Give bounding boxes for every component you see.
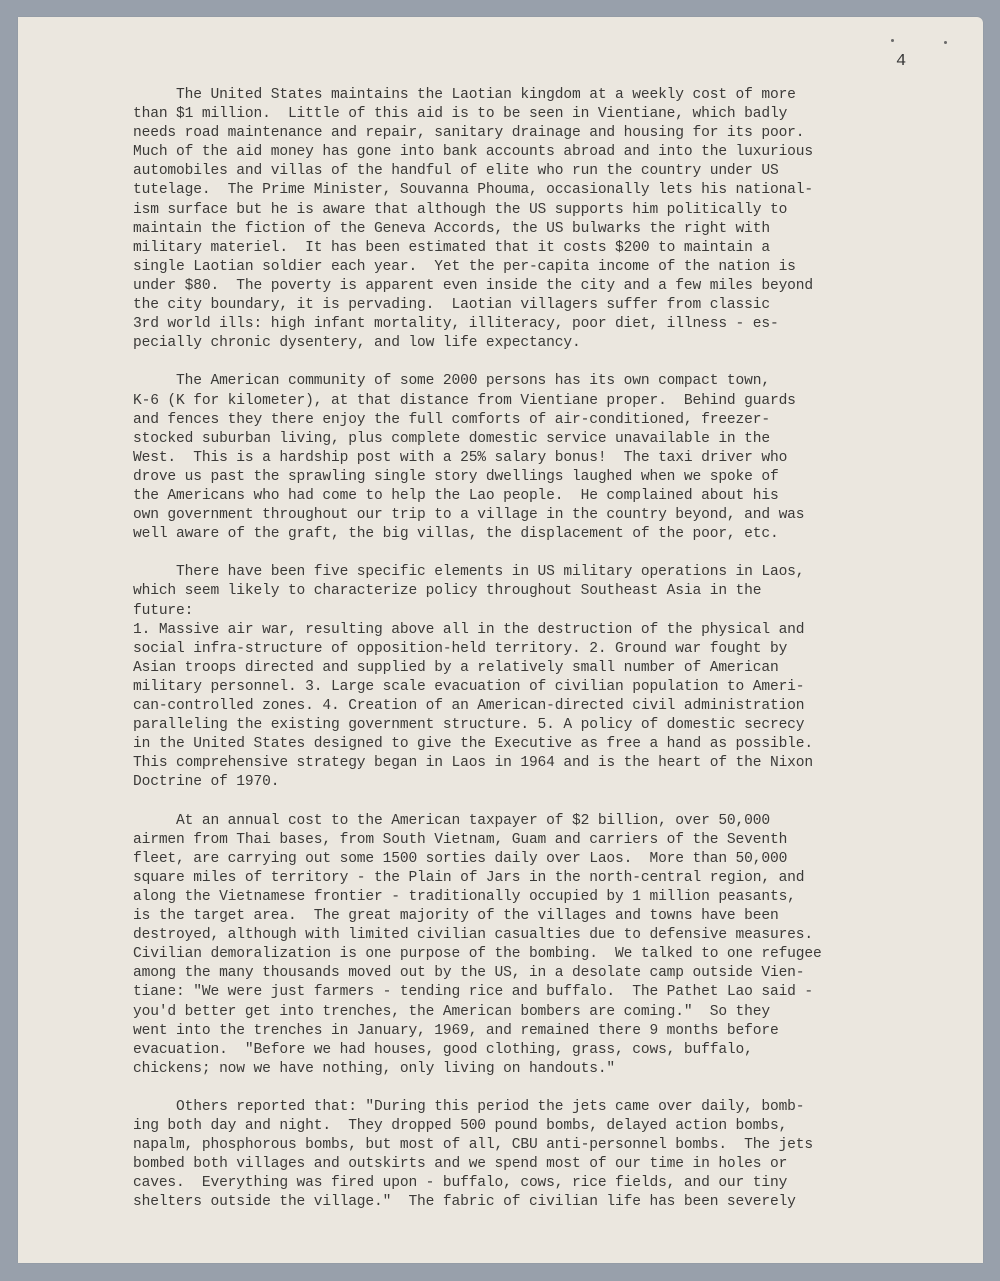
text-line: military personnel. 3. Large scale evacu… [133,678,893,697]
text-line: well aware of the graft, the big villas,… [133,525,893,544]
text-line: along the Vietnamese frontier - traditio… [133,888,893,907]
text-line: can-controlled zones. 4. Creation of an … [133,697,893,716]
text-line: Civilian demoralization is one purpose o… [133,945,893,964]
text-line: West. This is a hardship post with a 25%… [133,449,893,468]
text-line: evacuation. "Before we had houses, good … [133,1041,893,1060]
text-line: stocked suburban living, plus complete d… [133,430,893,449]
text-line: Doctrine of 1970. [133,773,893,792]
text-line: destroyed, although with limited civilia… [133,926,893,945]
text-line: military materiel. It has been estimated… [133,239,893,258]
text-line: The United States maintains the Laotian … [133,86,893,105]
text-line: fleet, are carrying out some 1500 sortie… [133,850,893,869]
text-line: ing both day and night. They dropped 500… [133,1117,893,1136]
text-line: automobiles and villas of the handful of… [133,162,893,181]
text-line: K-6 (K for kilometer), at that distance … [133,392,893,411]
text-line: under $80. The poverty is apparent even … [133,277,893,296]
text-line: chickens; now we have nothing, only livi… [133,1060,893,1079]
text-line: Others reported that: "During this perio… [133,1098,893,1117]
text-line: This comprehensive strategy began in Lao… [133,754,893,773]
text-line: pecially chronic dysentery, and low life… [133,334,893,353]
text-line: own government throughout our trip to a … [133,506,893,525]
text-line: ism surface but he is aware that althoug… [133,201,893,220]
text-line: which seem likely to characterize policy… [133,582,893,601]
text-line: 3rd world ills: high infant mortality, i… [133,315,893,334]
text-line: paralleling the existing government stru… [133,716,893,735]
text-line: social infra-structure of opposition-hel… [133,640,893,659]
text-line: square miles of territory - the Plain of… [133,869,893,888]
text-line: Asian troops directed and supplied by a … [133,659,893,678]
text-line: airmen from Thai bases, from South Vietn… [133,831,893,850]
text-line: the Americans who had come to help the L… [133,487,893,506]
text-line: is the target area. The great majority o… [133,907,893,926]
text-line: The American community of some 2000 pers… [133,372,893,391]
text-line: 1. Massive air war, resulting above all … [133,621,893,640]
text-line: in the United States designed to give th… [133,735,893,754]
paragraph-five-elements: There have been five specific elements i… [133,563,893,792]
text-line: among the many thousands moved out by th… [133,964,893,983]
text-line: future: [133,602,893,621]
text-line: maintain the fiction of the Geneva Accor… [133,220,893,239]
text-line: There have been five specific elements i… [133,563,893,582]
paper-speck [944,41,947,44]
text-line: you'd better get into trenches, the Amer… [133,1003,893,1022]
document-body: The United States maintains the Laotian … [133,86,893,1232]
paragraph-laotian-aid: The United States maintains the Laotian … [133,86,893,353]
text-line: Much of the aid money has gone into bank… [133,143,893,162]
paragraph-others-reported: Others reported that: "During this perio… [133,1098,893,1213]
text-line: than $1 million. Little of this aid is t… [133,105,893,124]
text-line: drove us past the sprawling single story… [133,468,893,487]
text-line: tutelage. The Prime Minister, Souvanna P… [133,181,893,200]
text-line: single Laotian soldier each year. Yet th… [133,258,893,277]
paper-speck [891,39,894,42]
paragraph-american-community: The American community of some 2000 pers… [133,372,893,544]
text-line: caves. Everything was fired upon - buffa… [133,1174,893,1193]
text-line: napalm, phosphorous bombs, but most of a… [133,1136,893,1155]
text-line: went into the trenches in January, 1969,… [133,1022,893,1041]
text-line: the city boundary, it is pervading. Laot… [133,296,893,315]
text-line: At an annual cost to the American taxpay… [133,812,893,831]
text-line: and fences they there enjoy the full com… [133,411,893,430]
page-number: 4 [896,52,906,71]
text-line: needs road maintenance and repair, sanit… [133,124,893,143]
text-line: tiane: "We were just farmers - tending r… [133,983,893,1002]
paragraph-air-war-cost: At an annual cost to the American taxpay… [133,812,893,1079]
text-line: bombed both villages and outskirts and w… [133,1155,893,1174]
text-line: shelters outside the village." The fabri… [133,1193,893,1212]
